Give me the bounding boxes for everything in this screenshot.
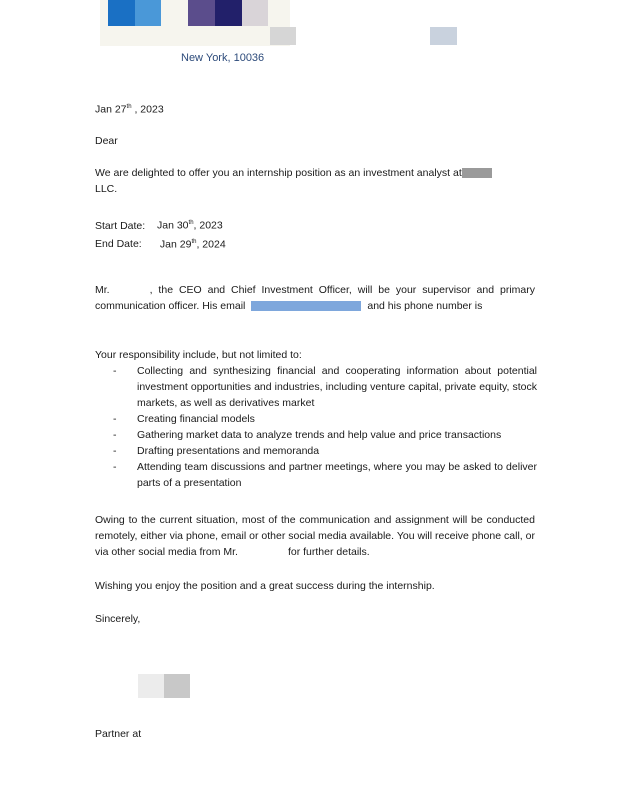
logo-block bbox=[188, 0, 215, 26]
company-logo bbox=[100, 0, 480, 48]
logo-block bbox=[108, 0, 135, 26]
responsibilities-intro: Your responsibility include, but not lim… bbox=[95, 347, 537, 363]
responsibilities-list: Collecting and synthesizing financial an… bbox=[95, 363, 537, 491]
signature-image bbox=[138, 672, 190, 698]
list-item: Attending team discussions and partner m… bbox=[137, 459, 537, 491]
supervisor-paragraph: Mr., the CEO and Chief Investment Office… bbox=[95, 282, 535, 314]
start-date: Start Date:Jan 30th, 2023 bbox=[95, 215, 226, 234]
list-item: Gathering market data to analyze trends … bbox=[137, 427, 537, 443]
closing: Sincerely, bbox=[95, 611, 140, 627]
letter-date: Jan 27th , 2023 bbox=[95, 99, 164, 118]
logo-block bbox=[135, 0, 161, 26]
logo-block bbox=[270, 27, 296, 45]
logo-block bbox=[430, 27, 457, 45]
salutation: Dear bbox=[95, 133, 118, 149]
responsibilities-section: Your responsibility include, but not lim… bbox=[95, 347, 537, 491]
list-item: Creating financial models bbox=[137, 411, 537, 427]
end-date: End Date: Jan 29th, 2024 bbox=[95, 234, 226, 253]
offer-paragraph: We are delighted to offer you an interns… bbox=[95, 165, 535, 197]
internship-dates: Start Date:Jan 30th, 2023 End Date: Jan … bbox=[95, 215, 226, 252]
redacted-company bbox=[462, 168, 492, 178]
signature-title: Partner at bbox=[95, 726, 141, 742]
wishing-line: Wishing you enjoy the position and a gre… bbox=[95, 578, 435, 594]
redacted-email bbox=[251, 301, 361, 311]
logo-block bbox=[242, 0, 268, 26]
logo-block bbox=[215, 0, 242, 26]
list-item: Collecting and synthesizing financial an… bbox=[137, 363, 537, 411]
company-address: New York, 10036 bbox=[181, 52, 264, 64]
remote-work-paragraph: Owing to the current situation, most of … bbox=[95, 512, 535, 560]
list-item: Drafting presentations and memoranda bbox=[137, 443, 537, 459]
